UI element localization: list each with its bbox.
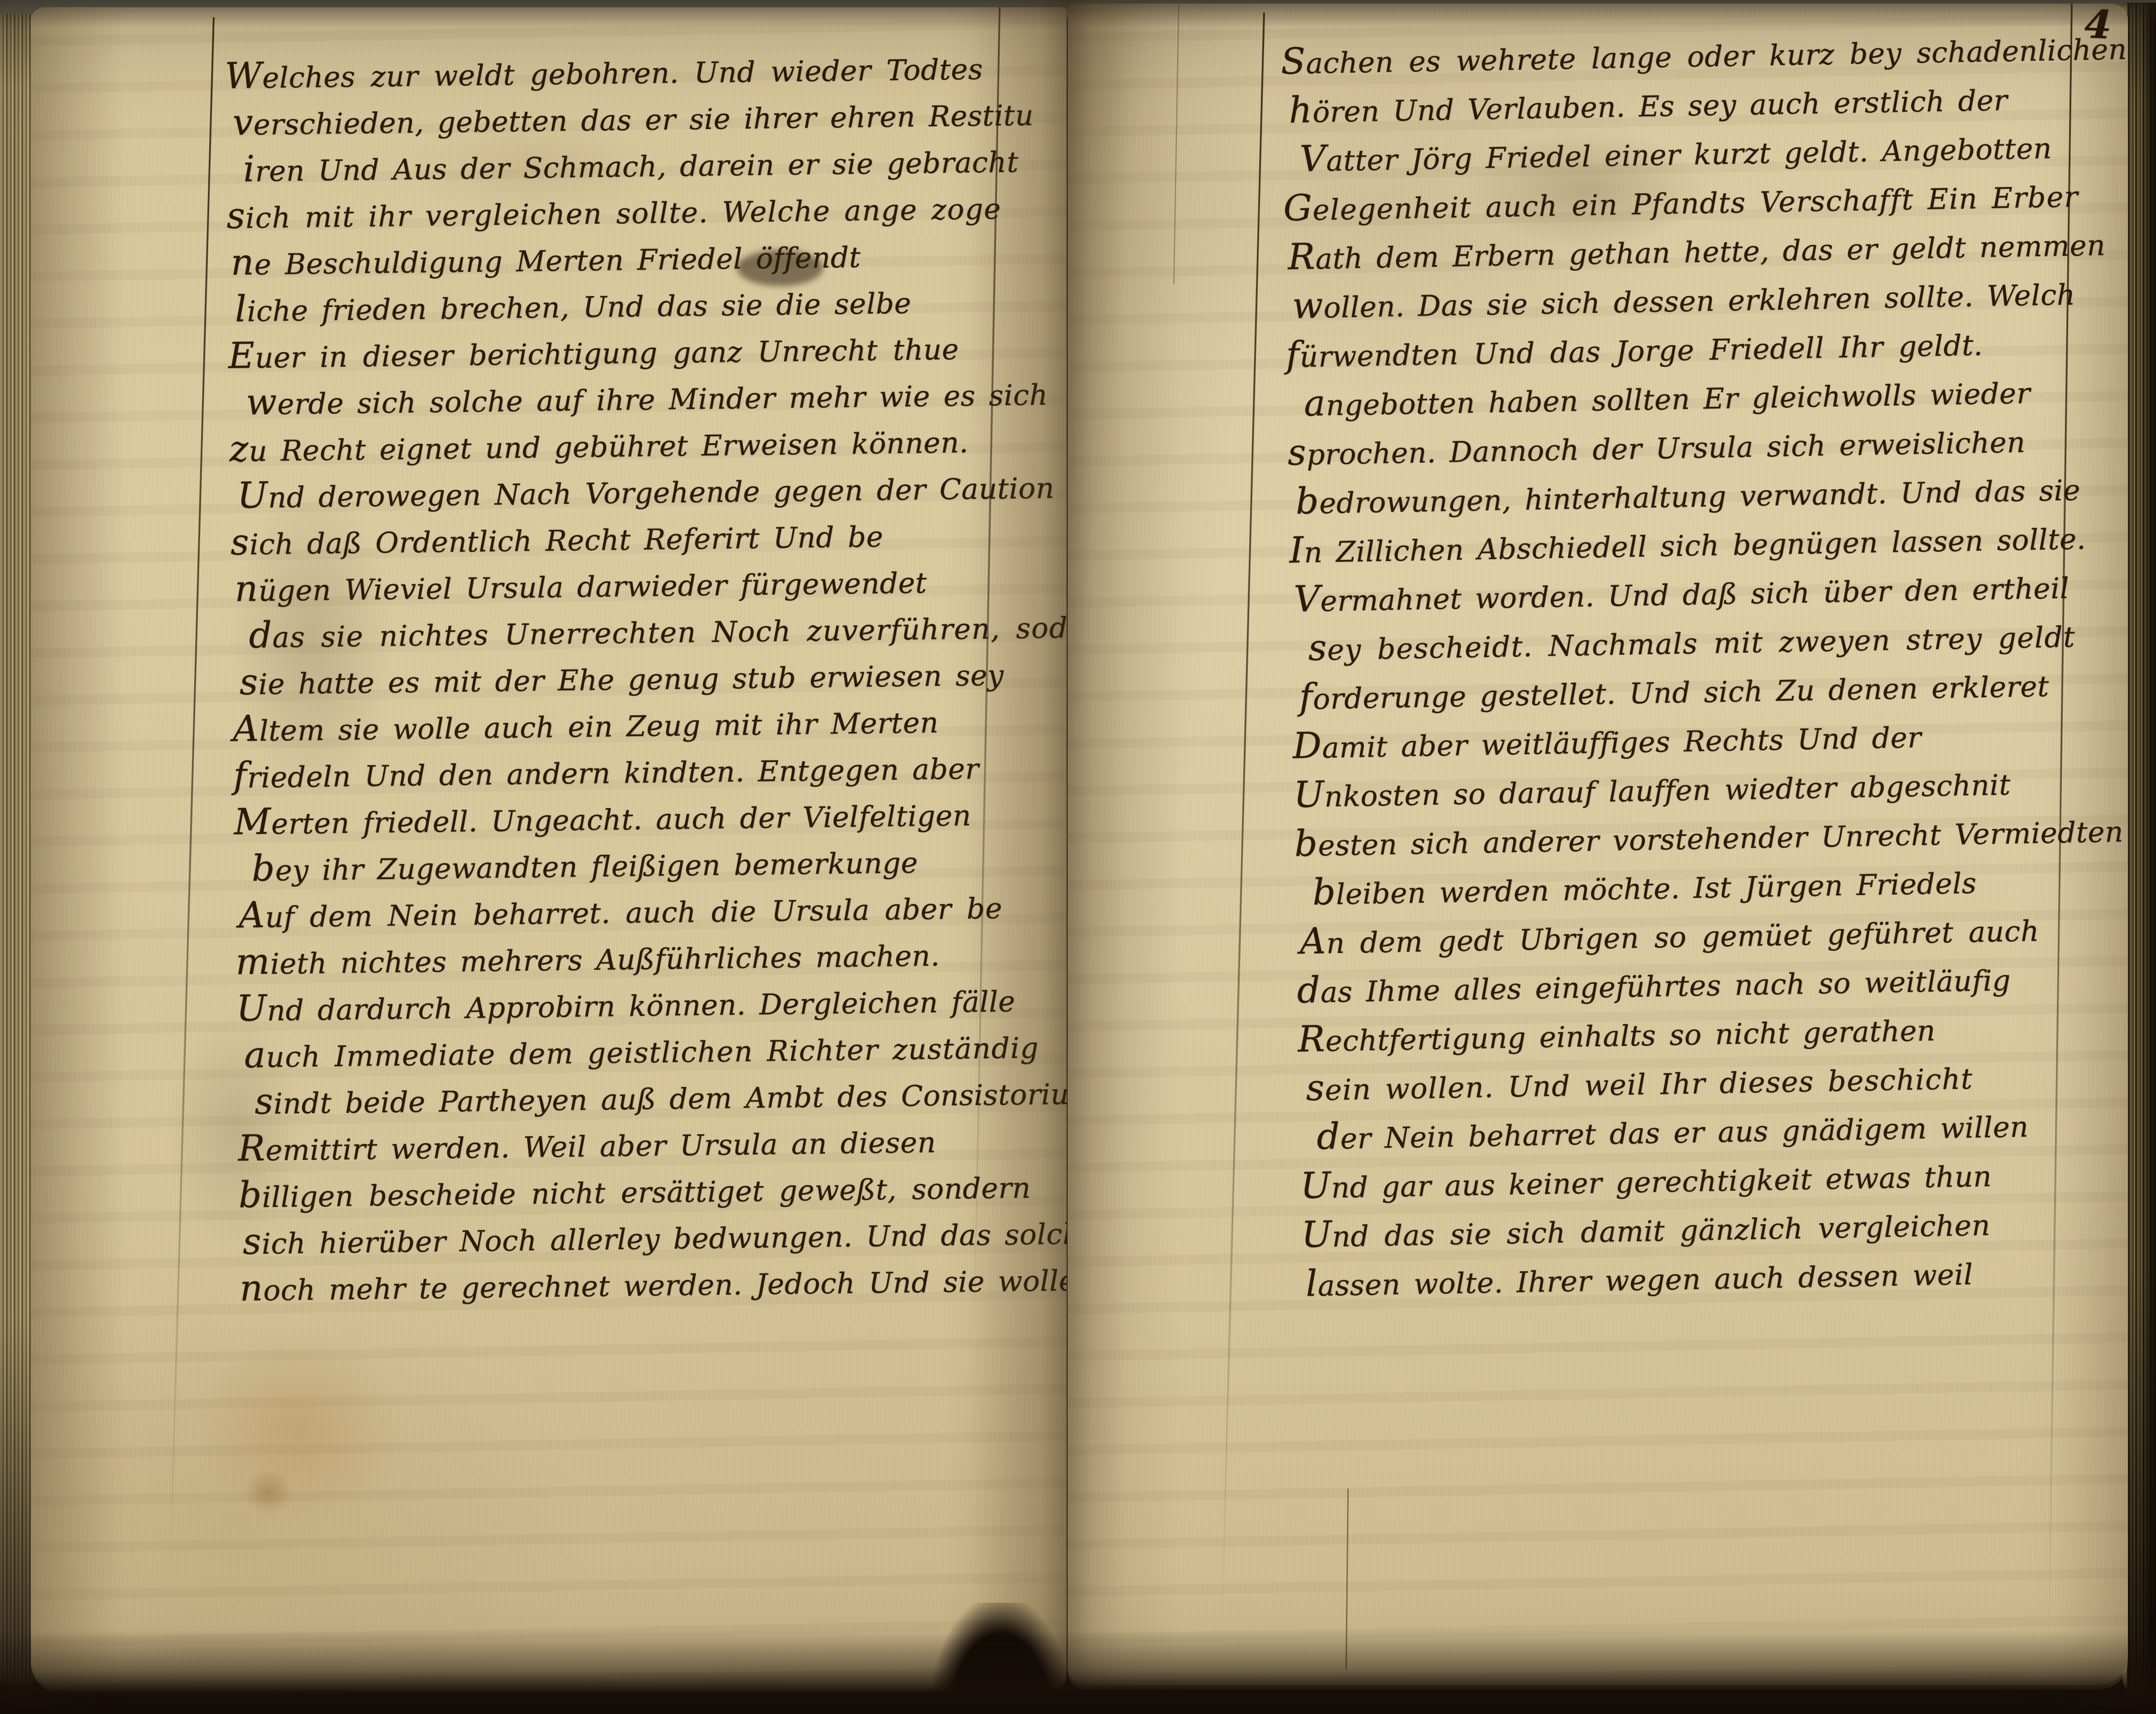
manuscript-text-line: Und derowegen Nach Vorgehende gegen der … <box>230 462 1045 519</box>
right-page-left-margin-ruling <box>1221 13 1265 1624</box>
paper-crease <box>1173 4 1179 284</box>
right-page: Sachen es wehrete lange oder kurz bey sc… <box>1068 4 2128 1685</box>
manuscript-photo: Welches zur weldt gebohren. Und wieder T… <box>0 0 2156 1714</box>
left-page-left-margin-ruling <box>169 17 215 1570</box>
manuscript-text-line: sich mit ihr vergleichen sollte. Welche … <box>226 182 1042 239</box>
right-page-handwriting: Sachen es wehrete lange oder kurz bey sc… <box>1280 23 2109 1357</box>
left-page: Welches zur weldt gebohren. Und wieder T… <box>31 7 1067 1690</box>
manuscript-text-line: noch mehr te gerechnet werden. Jedoch Un… <box>240 1255 1055 1312</box>
left-page-handwriting: Welches zur weldt gebohren. Und wieder T… <box>225 43 1055 1358</box>
paper-crease <box>1346 1489 1349 1670</box>
paper-stain <box>244 1470 293 1515</box>
manuscript-text-line <box>240 1302 1055 1358</box>
manuscript-text-line: Merten friedell. Ungeacht. auch der Viel… <box>234 789 1049 845</box>
paper-stain <box>194 1329 402 1524</box>
folio-number: 4 <box>2084 1 2112 48</box>
